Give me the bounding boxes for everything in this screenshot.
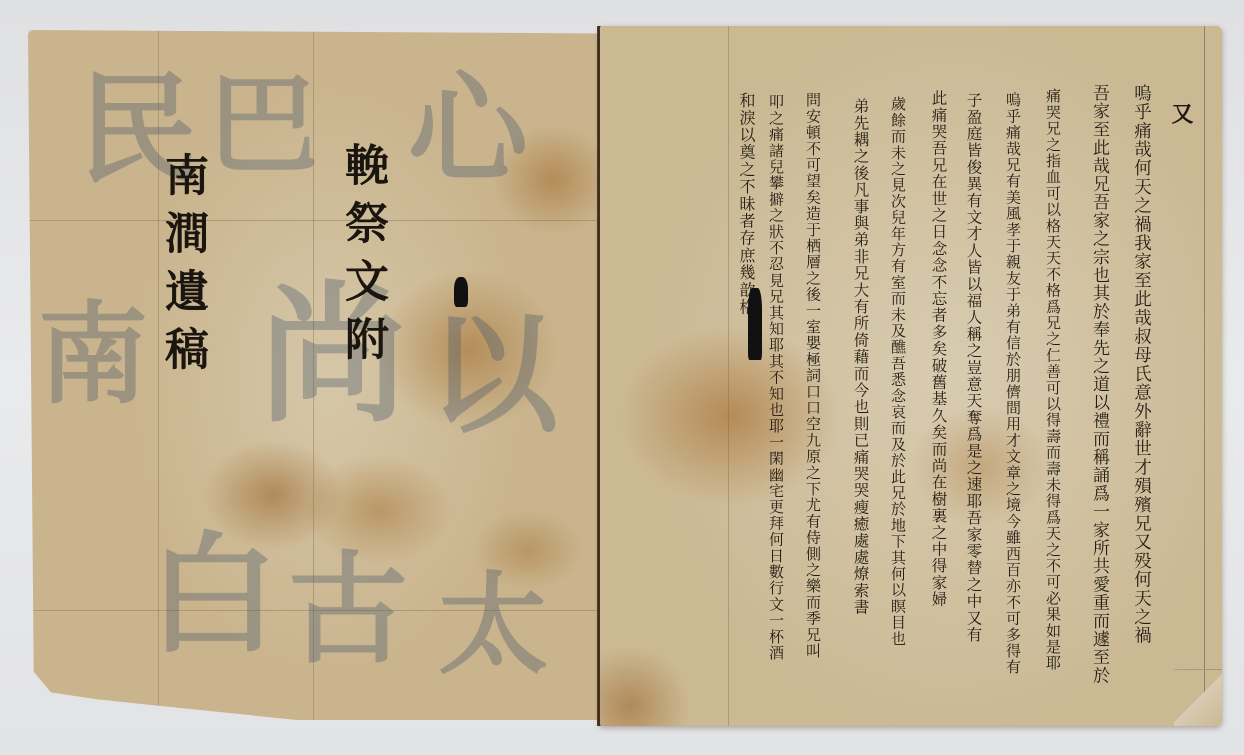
paper-crease	[28, 220, 600, 221]
text-column: 叩之痛諸兒攀擗之狀不忍見兄其知耶其不知也耶一閑幽宅更拜何日數行文一杯酒	[768, 94, 783, 661]
right-page: 又 嗚乎痛哉何天之禍我家至此哉叔母氏意外辭世才殞殯兄又殁何天之禍 吾家至此哉兄吾…	[600, 26, 1222, 726]
folded-corner	[1174, 669, 1222, 726]
bleed-through-glyph: 巴	[208, 70, 318, 180]
ink-blot	[748, 288, 762, 360]
page-border-line	[1204, 26, 1205, 726]
text-column: 嗚乎痛哉兄有美風孝于親友于弟有信於朋儕間用才文章之境今雖西百亦不可多得有	[1005, 92, 1020, 675]
text-column: 吾家至此哉兄吾家之宗也其於奉先之道以禮而稱誦爲一家所共愛重而遽至於	[1090, 84, 1107, 685]
text-column: 子盈庭皆俊異有文才人皆以福人稱之豈意天奪爲是之速耶吾家零替之中又有	[965, 92, 981, 643]
bleed-through-glyph: 白	[148, 530, 278, 660]
book-subtitle: 輓祭文附	[330, 142, 394, 374]
bleed-through-glyph: 南	[38, 300, 148, 410]
text-column: 和淚以奠之不昧者存庶幾歆格	[738, 92, 754, 316]
text-column: 歲餘而未之見次兒年方有室而未及醮吾悉念哀而及於此兄於地下其何以瞑目也	[890, 96, 905, 647]
book-title: 南澗遺稿	[150, 152, 214, 384]
section-heading: 又	[1166, 102, 1197, 124]
paper-crease	[313, 30, 314, 720]
ink-blot	[454, 277, 468, 307]
paper-crease	[28, 610, 600, 611]
left-page: 民 巴 心 南 尚 以 白 古 太 南澗遺稿 輓祭文附	[28, 30, 600, 720]
paper-crease	[728, 26, 729, 726]
text-column: 弟先耦之後凡事與弟非兄大有所倚藉而今也則已痛哭哭瘦癒處處燎索書	[852, 98, 868, 616]
bleed-through-glyph: 心	[408, 70, 528, 190]
text-column: 嗚乎痛哉何天之禍我家至此哉叔母氏意外辭世才殞殯兄又殁何天之禍	[1132, 84, 1150, 645]
bleed-through-glyph: 以	[428, 310, 558, 440]
text-column: 此痛哭吾兄在世之日念念不忘者多矣破舊基久矣而尚在樹裏之中得家婦	[930, 90, 946, 608]
text-column: 問安頓不可望矣造于栖層之後一室嬰極詞口口空九原之下尤有侍側之樂而季兄叫	[805, 92, 820, 659]
text-column: 痛哭兄之指血可以格天天不格爲兄之仁善可以得壽而壽未得爲天之不可必果如是耶	[1045, 88, 1060, 671]
bleed-through-glyph: 太	[438, 570, 548, 680]
